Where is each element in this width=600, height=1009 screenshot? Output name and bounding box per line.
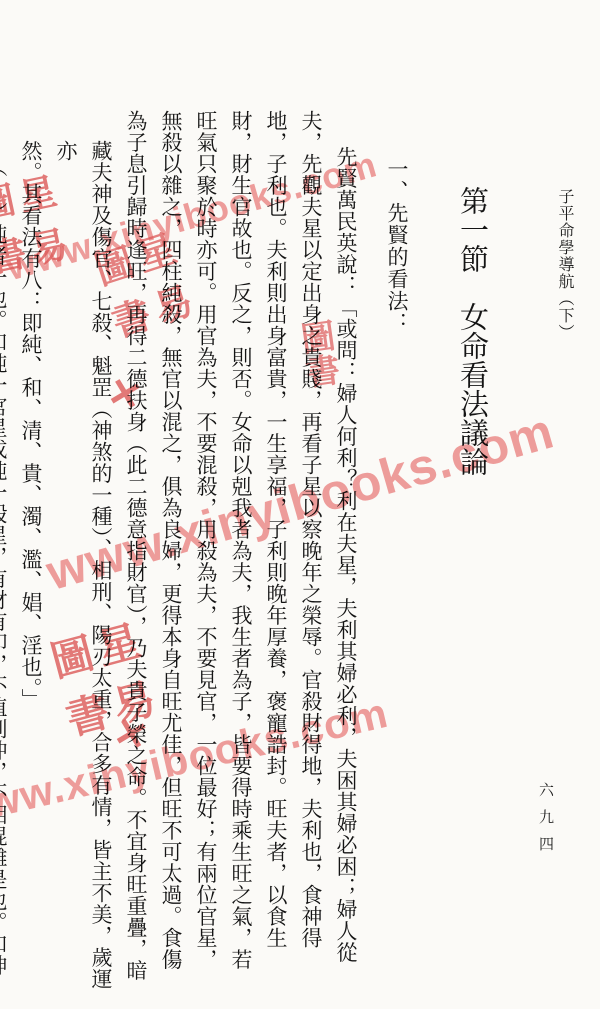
- body-text: 先賢萬民英說：「或問：婦人何利？利在夫星，夫利其婦必利，夫困其婦必困；婦人從 夫…: [0, 110, 363, 1009]
- text-column: 夫，先觀夫星以定出身之貴賤，再看子星以察晚年之榮辱。官殺財得地，夫利也，食神得: [293, 110, 328, 1009]
- page-number: 六九四: [535, 782, 556, 863]
- text-column: 藏夫神及傷官、七殺、魁罡（神煞的一種）、相刑、陽刃太重，合多有情，皆主不美，歲運…: [48, 110, 118, 1009]
- subsection-heading: 一、先賢的看法：: [382, 158, 412, 334]
- text-column: 無殺以雜之，四柱純殺，無官以混之，俱為良婦，更得本身自旺尤佳，但旺不可太過。食傷: [153, 110, 188, 1009]
- text-column: 財，財生官故也。反之，則否。女命以剋我者為夫，我生者為子，皆要得時乘生旺之氣，若: [223, 110, 258, 1009]
- text-column: 地，子利也。夫利則出身富貴，一生享福，子利則晚年厚養，褒寵誥封。旺夫者，以食生: [258, 110, 293, 1009]
- section-heading: 第一節 女命看法議論: [452, 186, 493, 476]
- text-column: 為子息引歸時逢旺，再得二德扶身（此二德意指財官），乃夫貴子榮之命。不宜身旺重疊，…: [118, 110, 153, 1009]
- text-column: 旺氣只聚於時亦可。用官為夫，不要混殺，用殺為夫，不要見官，一位最好；有兩位官星，: [188, 110, 223, 1009]
- text-column: 先賢萬民英說：「或問：婦人何利？利在夫星，夫利其婦必利，夫困其婦必困；婦人從: [328, 110, 363, 1009]
- text-column: （1）純者一也。如純一官星成純一殺星，有財有印，不值刑沖，不相混雜是也。如坤造：: [0, 110, 13, 1009]
- book-page: 子平命學導航（下） 第一節 女命看法議論 一、先賢的看法： 先賢萬民英說：「或問…: [0, 0, 600, 1009]
- text-column: 然。其看法有八：即純、和、清、貴、濁、濫、娼、淫也。」: [13, 110, 48, 1009]
- running-title: 子平命學導航（下）: [553, 188, 576, 341]
